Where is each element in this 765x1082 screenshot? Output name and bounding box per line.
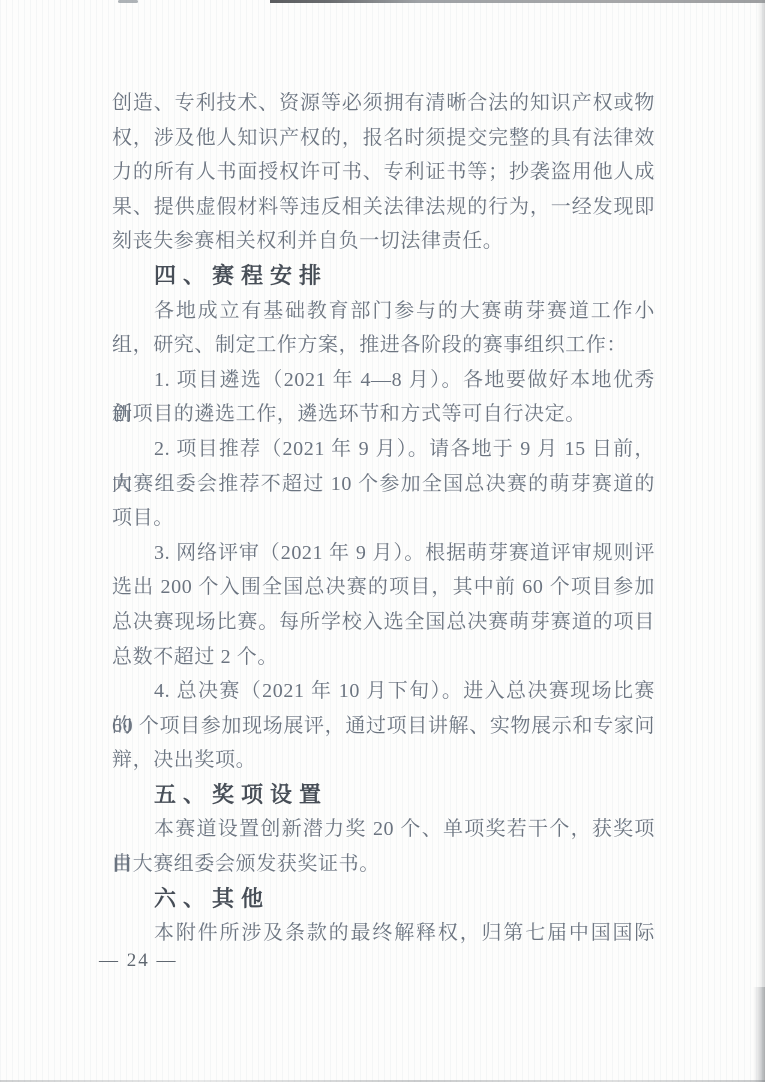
doc-line: 项目。 — [112, 501, 655, 536]
doc-line: 2. 项目推荐（2021 年 9 月）。请各地于 9 月 15 日前，向 — [112, 432, 655, 467]
doc-line: 由大赛组委会颁发获奖证书。 — [112, 847, 655, 882]
doc-line: 4. 总决赛（2021 年 10 月下旬）。进入总决赛现场比赛的 — [112, 674, 655, 709]
doc-line: 刻丧失参赛相关权利并自负一切法律责任。 — [112, 224, 655, 259]
doc-line: 本附件所涉及条款的最终解释权，归第七届中国国际 — [112, 916, 655, 951]
doc-line: 60 个项目参加现场展评，通过项目讲解、实物展示和专家问 — [112, 709, 655, 744]
scan-edge-right-shadow — [757, 0, 765, 1082]
doc-line: 果、提供虚假材料等违反相关法律法规的行为，一经发现即 — [112, 190, 655, 225]
doc-line: 创造、专利技术、资源等必须拥有清晰合法的知识产权或物 — [112, 86, 655, 121]
doc-line: 组，研究、制定工作方案，推进各阶段的赛事组织工作： — [112, 328, 655, 363]
doc-line: 大赛组委会推荐不超过 10 个参加全国总决赛的萌芽赛道的 — [112, 467, 655, 502]
scan-edge-bottom-right-shadow — [753, 987, 765, 1082]
doc-line: 3. 网络评审（2021 年 9 月）。根据萌芽赛道评审规则评 — [112, 536, 655, 571]
section-heading-schedule: 四、赛程安排 — [112, 259, 655, 294]
doc-line: 总数不超过 2 个。 — [112, 640, 655, 675]
scan-smudge-top-left — [118, 0, 138, 3]
doc-line: 新项目的遴选工作，遴选环节和方式等可自行决定。 — [112, 397, 655, 432]
doc-line: 辩，决出奖项。 — [112, 743, 655, 778]
doc-line: 各地成立有基础教育部门参与的大赛萌芽赛道工作小 — [112, 294, 655, 329]
doc-line: 权，涉及他人知识产权的，报名时须提交完整的具有法律效 — [112, 121, 655, 156]
section-heading-awards: 五、奖项设置 — [112, 778, 655, 813]
doc-line: 力的所有人书面授权许可书、专利证书等；抄袭盗用他人成 — [112, 155, 655, 190]
scanned-document-page: 创造、专利技术、资源等必须拥有清晰合法的知识产权或物 权，涉及他人知识产权的，报… — [0, 0, 765, 1082]
scan-artifact-top-line — [270, 0, 765, 3]
document-body: 创造、专利技术、资源等必须拥有清晰合法的知识产权或物 权，涉及他人知识产权的，报… — [112, 86, 655, 951]
doc-line: 选出 200 个入围全国总决赛的项目，其中前 60 个项目参加 — [112, 570, 655, 605]
page-number: — 24 — — [99, 950, 178, 972]
doc-line: 1. 项目遴选（2021 年 4—8 月）。各地要做好本地优秀创 — [112, 363, 655, 398]
doc-line: 总决赛现场比赛。每所学校入选全国总决赛萌芽赛道的项目 — [112, 605, 655, 640]
section-heading-other: 六、其他 — [112, 882, 655, 917]
doc-line: 本赛道设置创新潜力奖 20 个、单项奖若干个，获奖项目 — [112, 812, 655, 847]
